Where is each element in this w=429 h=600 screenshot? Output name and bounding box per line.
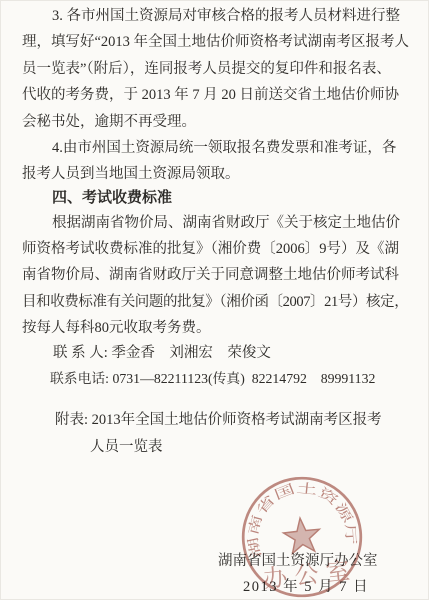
doc-line: 按每人每科80元收取考务费。 xyxy=(22,318,211,338)
seal-graphic: 湖南省国土资源厅 办公室 xyxy=(233,468,371,600)
official-seal-stamp: 湖南省国土资源厅 办公室 xyxy=(233,468,371,600)
doc-line: 报考人员到当地国土资源局领取。 xyxy=(22,164,240,184)
seal-office-text: 办公室 xyxy=(262,557,359,594)
doc-line: 员一览表”（附后），连同报考人员提交的复印件和报名表、 xyxy=(22,59,391,79)
doc-line: 目和收费标准有关问题的批复》（湘价函〔2007〕21号）核定， xyxy=(22,292,408,312)
contact-persons: 联 系 人: 季金香 刘湘宏 荣俊文 xyxy=(53,343,271,363)
scanned-notice-page: 3. 各市州国土资源局对审核合格的报考人员材料进行整 理，填写好“2013 年全… xyxy=(0,0,429,600)
star-icon xyxy=(282,516,321,554)
section-heading: 四、考试收费标准 xyxy=(52,188,172,208)
doc-line: 师资格考试收费标准的批复》（湘价费〔2006〕9号）及《湖 xyxy=(22,239,399,259)
doc-line: 理，填写好“2013 年全国土地估价师资格考试湖南考区报考人 xyxy=(22,32,409,52)
doc-line: 会秘书处，逾期不再受理。 xyxy=(22,112,196,132)
contact-phone: 联系电话: 0731—82211123(传真) 82214792 8999113… xyxy=(50,369,375,389)
doc-line: 南省物价局、湖南省财政厅关于同意调整土地估价师考试科 xyxy=(22,265,399,285)
doc-line: 代收的考务费，于 2013 年 7 月 20 日前送交省土地估价师协 xyxy=(22,85,399,105)
attachment-note-line1: 附表: 2013年全国土地估价师资格考试湖南考区报考 xyxy=(55,410,382,430)
attachment-note-line2: 人员一览表 xyxy=(90,437,163,457)
doc-line: 3. 各市州国土资源局对审核合格的报考人员材料进行整 xyxy=(52,6,400,26)
doc-line: 根据湖南省物价局、湖南省财政厅《关于核定土地估价 xyxy=(52,213,400,233)
doc-line: 4.由市州国土资源局统一领取报名费发票和准考证，各 xyxy=(52,138,396,158)
